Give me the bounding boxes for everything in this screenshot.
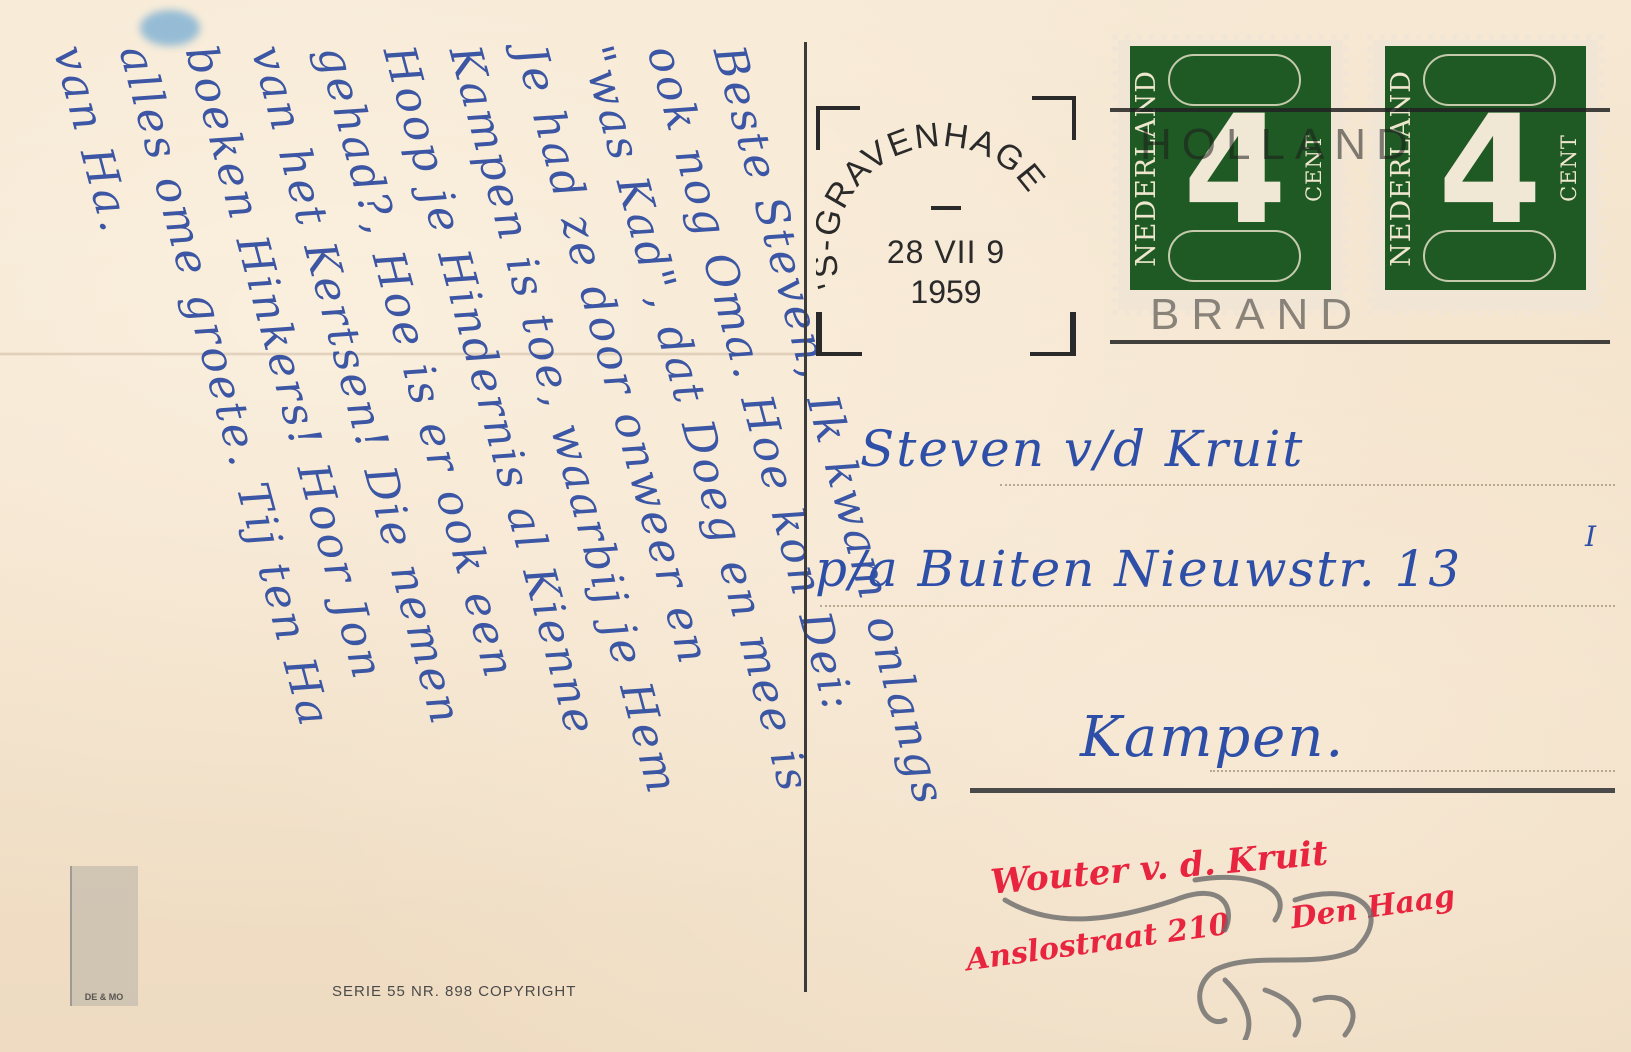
address-rule xyxy=(820,605,1615,609)
postmark-dash xyxy=(931,206,961,210)
publisher-logo-text: DE & MO xyxy=(70,992,138,1002)
center-divider xyxy=(804,42,807,992)
pencil-scribble xyxy=(995,860,1415,1040)
cancellation-bar xyxy=(1110,340,1610,344)
postmark-date: 28 VII 9 xyxy=(866,234,1026,271)
cancellation-slogan: HOLLAND xyxy=(1140,120,1418,170)
postage-stamp: NEDERLAND 4 CENT xyxy=(1118,40,1343,310)
cancellation-bar xyxy=(1110,108,1610,112)
recipient-street-suffix: I xyxy=(1585,520,1598,553)
address-underline xyxy=(970,788,1615,793)
series-copyright: SERIE 55 NR. 898 COPYRIGHT xyxy=(332,983,576,1000)
recipient-street: p/a Buiten Nieuwstr. 13 xyxy=(815,540,1462,598)
postmark-year: 1959 xyxy=(866,274,1026,311)
postmark: 'S-GRAVENHAGE 28 VII 9 1959 xyxy=(816,96,1076,356)
postage-stamp: NEDERLAND 4 CENT xyxy=(1373,40,1598,310)
postmark-city-arc: 'S-GRAVENHAGE xyxy=(816,96,1076,356)
cancellation-slogan: BRAND xyxy=(1150,290,1364,340)
address-rule xyxy=(1000,484,1615,488)
recipient-name: Steven v/d Kruit xyxy=(860,420,1304,478)
publisher-logo: DE & MO xyxy=(70,866,138,1006)
stamp-value: 4 xyxy=(1170,96,1300,246)
stamp-value: 4 xyxy=(1425,96,1555,246)
recipient-city: Kampen. xyxy=(1080,705,1345,770)
postcard-back: Beste Steven, Ik kwam onlangs ook nog Om… xyxy=(0,0,1631,1052)
address-rule xyxy=(1210,770,1615,774)
stamp-unit: CENT xyxy=(1557,134,1581,202)
